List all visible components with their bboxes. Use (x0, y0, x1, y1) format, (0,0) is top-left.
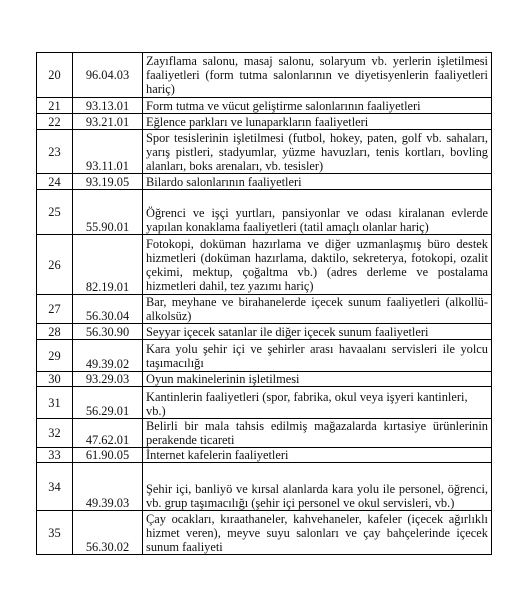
activity-description: Spor tesislerinin işletilmesi (futbol, h… (143, 130, 492, 174)
table-row: 22 93.21.01 Eğlence parkları ve lunapark… (37, 114, 492, 130)
nace-code: 93.13.01 (73, 98, 143, 114)
row-number: 22 (37, 114, 73, 130)
activity-description: Belirli bir mala tahsis edilmiş mağazala… (143, 419, 492, 448)
row-number: 20 (37, 53, 73, 98)
activity-description: Fotokopi, doküman hazırlama ve diğer uzm… (143, 235, 492, 295)
nace-code: 47.62.01 (73, 419, 143, 448)
activity-description: Kantinlerin faaliyetleri (spor, fabrika,… (143, 387, 492, 419)
table-row: 20 96.04.03 Zayıflama salonu, masaj salo… (37, 53, 492, 98)
nace-code: 49.39.02 (73, 340, 143, 372)
nace-code: 93.19.05 (73, 174, 143, 190)
activity-description: Öğrenci ve işçi yurtları, pansiyonlar ve… (143, 190, 492, 235)
table-row: 28 56.30.90 Seyyar içecek satanlar ile d… (37, 324, 492, 340)
nace-code: 93.11.01 (73, 130, 143, 174)
row-number: 32 (37, 419, 73, 448)
nace-code: 56.30.02 (73, 511, 143, 555)
table-row: 34 49.39.03 Şehir içi, banliyö ve kırsal… (37, 463, 492, 511)
nace-code: 93.29.03 (73, 372, 143, 387)
table-row: 26 82.19.01 Fotokopi, doküman hazırlama … (37, 235, 492, 295)
table-row: 33 61.90.05 İnternet kafelerin faaliyetl… (37, 448, 492, 463)
table-row: 29 49.39.02 Kara yolu şehir içi ve şehir… (37, 340, 492, 372)
nace-code: 56.29.01 (73, 387, 143, 419)
table-row: 32 47.62.01 Belirli bir mala tahsis edil… (37, 419, 492, 448)
table-row: 25 55.90.01 Öğrenci ve işçi yurtları, pa… (37, 190, 492, 235)
row-number: 23 (37, 130, 73, 174)
activity-description: Bar, meyhane ve birahanelerde içecek sun… (143, 295, 492, 324)
activity-description: Eğlence parkları ve lunaparkların faaliy… (143, 114, 492, 130)
row-number: 33 (37, 448, 73, 463)
activity-description: Oyun makinelerinin işletilmesi (143, 372, 492, 387)
activity-description: Çay ocakları, kıraathaneler, kahvehanele… (143, 511, 492, 555)
table-row: 30 93.29.03 Oyun makinelerinin işletilme… (37, 372, 492, 387)
nace-code: 82.19.01 (73, 235, 143, 295)
row-number: 26 (37, 235, 73, 295)
nace-code: 61.90.05 (73, 448, 143, 463)
nace-code: 96.04.03 (73, 53, 143, 98)
activity-description: Bilardo salonlarının faaliyetleri (143, 174, 492, 190)
row-number: 30 (37, 372, 73, 387)
table-row: 27 56.30.04 Bar, meyhane ve birahanelerd… (37, 295, 492, 324)
nace-code: 55.90.01 (73, 190, 143, 235)
activity-description: Seyyar içecek satanlar ile diğer içecek … (143, 324, 492, 340)
row-number: 21 (37, 98, 73, 114)
row-number: 28 (37, 324, 73, 340)
nace-code: 56.30.04 (73, 295, 143, 324)
row-number: 25 (37, 190, 73, 235)
row-number: 34 (37, 463, 73, 511)
row-number: 24 (37, 174, 73, 190)
row-number: 29 (37, 340, 73, 372)
activity-description: Zayıflama salonu, masaj salonu, solaryum… (143, 53, 492, 98)
table-row: 23 93.11.01 Spor tesislerinin işletilmes… (37, 130, 492, 174)
activity-table: 20 96.04.03 Zayıflama salonu, masaj salo… (36, 52, 492, 555)
row-number: 35 (37, 511, 73, 555)
nace-code: 49.39.03 (73, 463, 143, 511)
nace-code: 56.30.90 (73, 324, 143, 340)
activity-description: Şehir içi, banliyö ve kırsal alanlarda k… (143, 463, 492, 511)
table-row: 21 93.13.01 Form tutma ve vücut geliştir… (37, 98, 492, 114)
row-number: 27 (37, 295, 73, 324)
nace-code: 93.21.01 (73, 114, 143, 130)
row-number: 31 (37, 387, 73, 419)
table-row: 31 56.29.01 Kantinlerin faaliyetleri (sp… (37, 387, 492, 419)
activity-description: Form tutma ve vücut geliştirme salonları… (143, 98, 492, 114)
activity-description: İnternet kafelerin faaliyetleri (143, 448, 492, 463)
table-row: 24 93.19.05 Bilardo salonlarının faaliye… (37, 174, 492, 190)
table-row: 35 56.30.02 Çay ocakları, kıraathaneler,… (37, 511, 492, 555)
activity-description: Kara yolu şehir içi ve şehirler arası ha… (143, 340, 492, 372)
